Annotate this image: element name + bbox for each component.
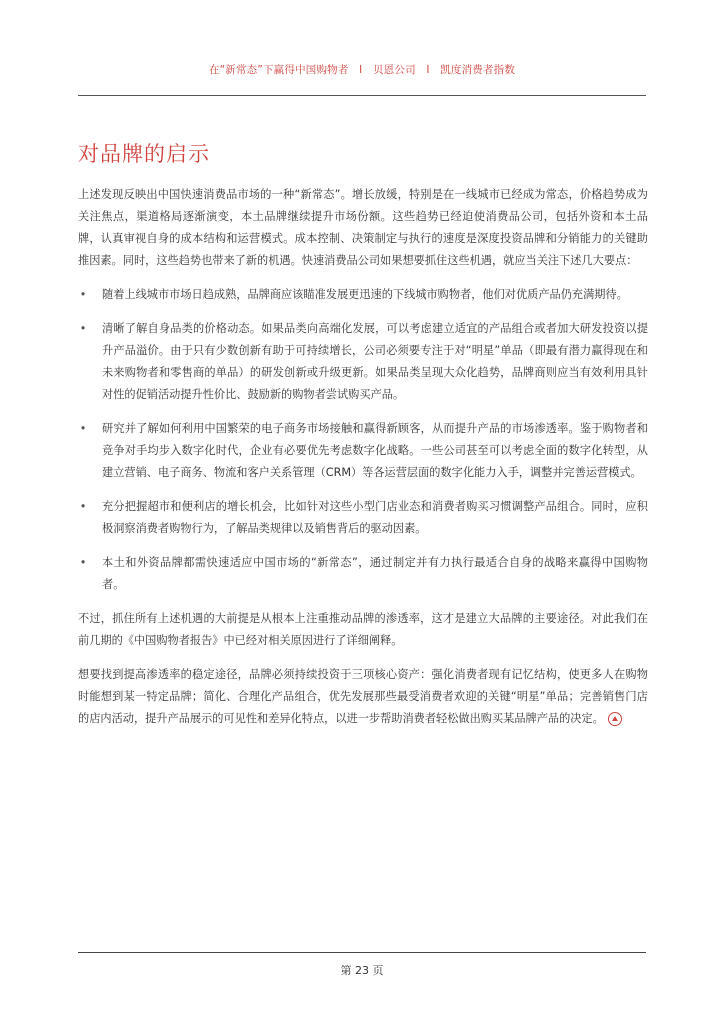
bullet-icon: • <box>78 318 88 340</box>
running-header: 在“新常态”下赢得中国购物者 I 贝恩公司 I 凯度消费者指数 <box>78 62 646 77</box>
header-report-title: 在“新常态”下赢得中国购物者 <box>209 64 349 76</box>
bullet-icon: • <box>78 418 88 440</box>
header-separator: I <box>426 64 429 76</box>
page-title: 对品牌的启示 <box>78 138 210 168</box>
header-divider <box>78 95 646 96</box>
header-separator: I <box>359 64 362 76</box>
intro-paragraph: 上述发现反映出中国快速消费品市场的一种“新常态”。增长放缓，特别是在一线城市已经… <box>78 184 648 272</box>
page-number: 第 23 页 <box>78 962 646 978</box>
list-item: •随着上线城市市场日趋成熟，品牌商应该瞄准发展更迅速的下线城市购物者，他们对优质… <box>78 284 648 306</box>
list-item-text: 本土和外资品牌都需快速适应中国市场的“新常态”，通过制定并有力执行最适合自身的战… <box>102 556 648 591</box>
bullet-icon: • <box>78 496 88 518</box>
list-item-text: 清晰了解自身品类的价格动态。如果品类向高端化发展，可以考虑建立适宜的产品组合或者… <box>102 322 648 401</box>
end-of-section-icon <box>608 712 622 726</box>
list-item: •充分把握超市和便利店的增长机会，比如针对这些小型门店业态和消费者购买习惯调整产… <box>78 496 648 540</box>
penetration-paragraph: 不过，抓住所有上述机遇的大前提是从根本上注重推动品牌的渗透率，这才是建立大品牌的… <box>78 608 648 652</box>
body-content: 上述发现反映出中国快速消费品市场的一种“新常态”。增长放缓，特别是在一线城市已经… <box>78 184 648 742</box>
bullet-icon: • <box>78 552 88 574</box>
list-item-text: 充分把握超市和便利店的增长机会，比如针对这些小型门店业态和消费者购买习惯调整产品… <box>102 500 648 535</box>
core-assets-paragraph: 想要找到提高渗透率的稳定途径，品牌必须持续投资于三项核心资产：强化消费者现有记忆… <box>78 664 648 730</box>
header-partner: 凯度消费者指数 <box>440 64 515 76</box>
list-item: •清晰了解自身品类的价格动态。如果品类向高端化发展，可以考虑建立适宜的产品组合或… <box>78 318 648 406</box>
header-company: 贝恩公司 <box>373 64 416 76</box>
list-item-text: 研究并了解如何利用中国繁荣的电子商务市场接触和赢得新顾客，从而提升产品的市场渗透… <box>102 422 648 479</box>
bullet-icon: • <box>78 284 88 306</box>
list-item-text: 随着上线城市市场日趋成熟，品牌商应该瞄准发展更迅速的下线城市购物者，他们对优质产… <box>102 288 628 301</box>
list-item: •本土和外资品牌都需快速适应中国市场的“新常态”，通过制定并有力执行最适合自身的… <box>78 552 648 596</box>
core-assets-text: 想要找到提高渗透率的稳定途径，品牌必须持续投资于三项核心资产：强化消费者现有记忆… <box>78 668 648 725</box>
key-points-list: •随着上线城市市场日趋成熟，品牌商应该瞄准发展更迅速的下线城市购物者，他们对优质… <box>78 284 648 596</box>
list-item: •研究并了解如何利用中国繁荣的电子商务市场接触和赢得新顾客，从而提升产品的市场渗… <box>78 418 648 484</box>
footer-divider <box>78 952 646 953</box>
